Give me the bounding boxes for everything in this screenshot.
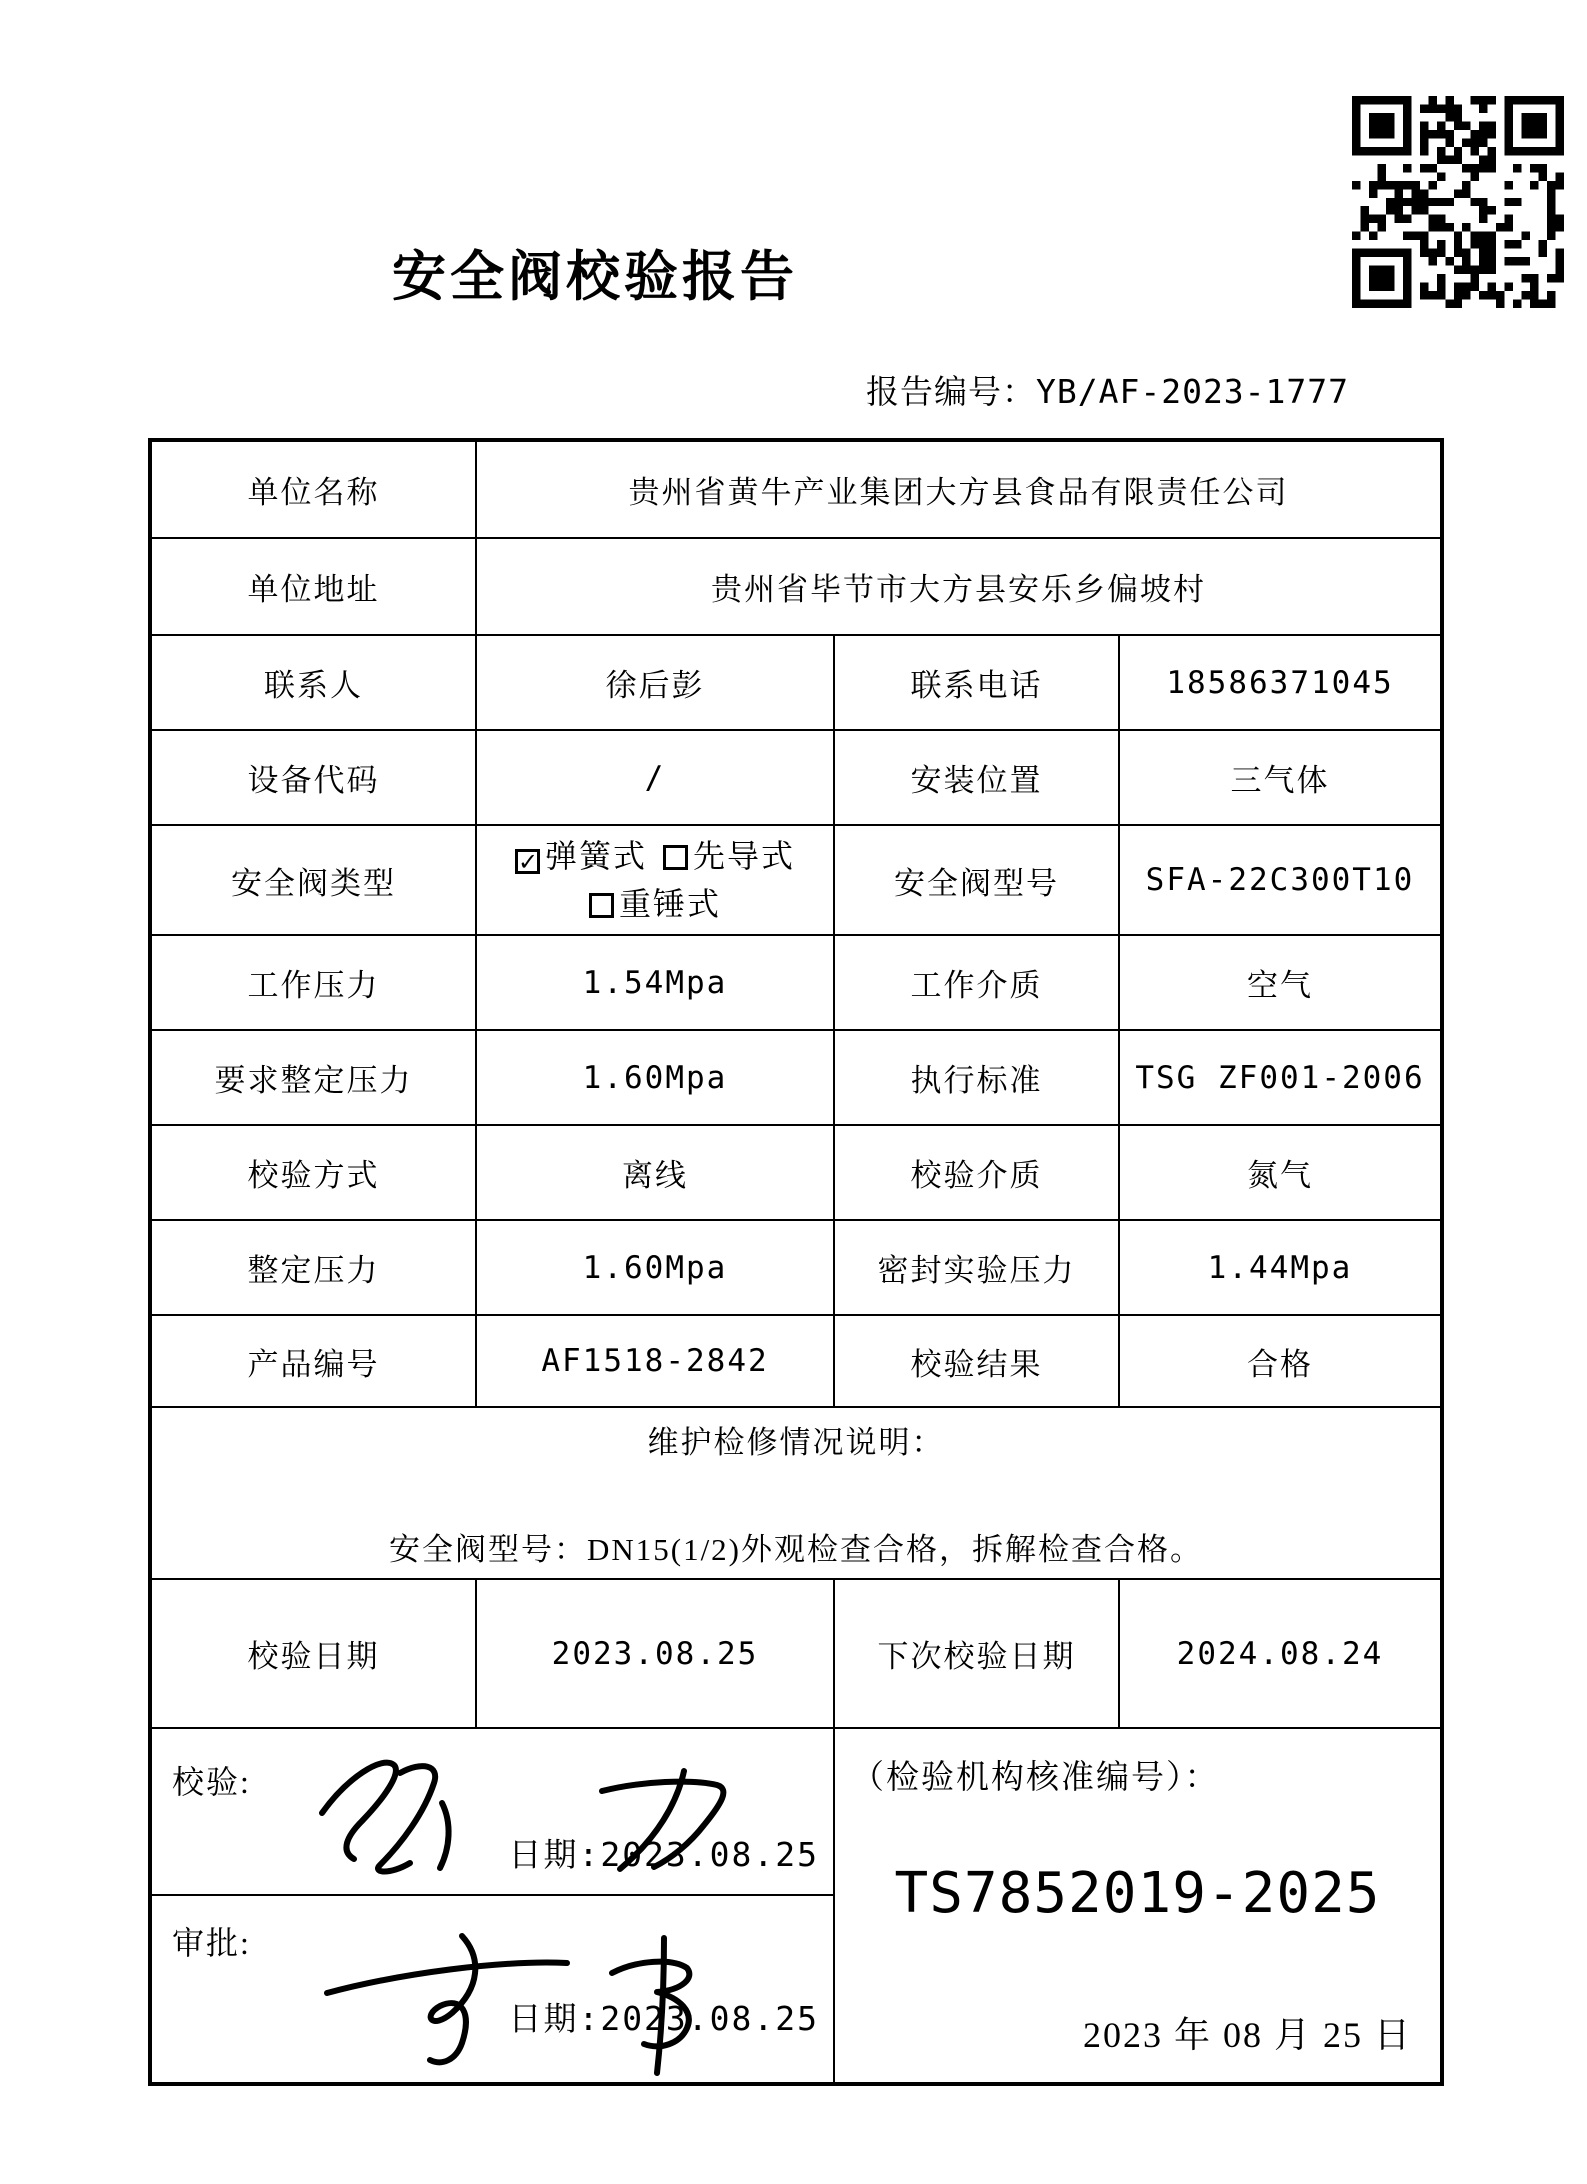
valve-model-label: 安全阀型号 bbox=[834, 825, 1119, 935]
seal-test-pressure-label: 密封实验压力 bbox=[834, 1220, 1119, 1315]
result-value: 合格 bbox=[1119, 1315, 1442, 1407]
device-code-value: / bbox=[476, 730, 834, 825]
approver-date: 日期:2023.08.25 bbox=[508, 1993, 819, 2040]
table-row: 整定压力 1.60Mpa 密封实验压力 1.44Mpa bbox=[150, 1220, 1442, 1315]
report-number-value: YB/AF-2023-1777 bbox=[1036, 372, 1349, 411]
product-number-value: AF1518-2842 bbox=[476, 1315, 834, 1407]
contact-label: 联系人 bbox=[150, 635, 476, 730]
issue-date: 2023 年 08 月 25 日 bbox=[1083, 2007, 1412, 2058]
valve-type-option-spring: ✓弹簧式 bbox=[515, 838, 647, 874]
install-position-value: 三气体 bbox=[1119, 730, 1442, 825]
calibration-date-value: 2023.08.25 bbox=[476, 1579, 834, 1728]
contact-value: 徐后彭 bbox=[476, 635, 834, 730]
set-pressure-value: 1.60Mpa bbox=[476, 1220, 834, 1315]
standard-label: 执行标准 bbox=[834, 1030, 1119, 1125]
work-pressure-label: 工作压力 bbox=[150, 935, 476, 1030]
unit-address-label: 单位地址 bbox=[150, 538, 476, 635]
unit-name-label: 单位名称 bbox=[150, 440, 476, 538]
required-set-pressure-label: 要求整定压力 bbox=[150, 1030, 476, 1125]
product-number-label: 产品编号 bbox=[150, 1315, 476, 1407]
qr-code bbox=[1352, 96, 1564, 308]
calibration-medium-value: 氮气 bbox=[1119, 1125, 1442, 1220]
table-row: 维护检修情况说明： 安全阀型号：DN15(1/2)外观检查合格，拆解检查合格。 bbox=[150, 1407, 1442, 1579]
next-calibration-date-value: 2024.08.24 bbox=[1119, 1579, 1442, 1728]
phone-value: 18586371045 bbox=[1119, 635, 1442, 730]
valve-type-option-weight: 重锤式 bbox=[589, 886, 721, 922]
standard-value: TSG ZF001-2006 bbox=[1119, 1030, 1442, 1125]
table-row: 校验: 日期:2023.08.25 （检验机构核准编号）： TS7852019-… bbox=[150, 1728, 1442, 1895]
valve-model-value: SFA-22C300T10 bbox=[1119, 825, 1442, 935]
unit-address-value: 贵州省毕节市大方县安乐乡偏坡村 bbox=[476, 538, 1442, 635]
device-code-label: 设备代码 bbox=[150, 730, 476, 825]
calibration-medium-label: 校验介质 bbox=[834, 1125, 1119, 1220]
report-number-label: 报告编号： bbox=[866, 375, 1036, 411]
maintenance-title: 维护检修情况说明： bbox=[152, 1417, 1440, 1462]
verifier-date: 日期:2023.08.25 bbox=[508, 1829, 819, 1876]
valve-type-option-pilot: 先导式 bbox=[663, 838, 795, 874]
unchecked-checkbox-icon bbox=[589, 893, 614, 918]
work-medium-label: 工作介质 bbox=[834, 935, 1119, 1030]
required-set-pressure-value: 1.60Mpa bbox=[476, 1030, 834, 1125]
unchecked-checkbox-icon bbox=[663, 845, 688, 870]
table-row: 校验日期 2023.08.25 下次校验日期 2024.08.24 bbox=[150, 1579, 1442, 1728]
table-row: 安全阀类型 ✓弹簧式先导式 重锤式 安全阀型号 SFA-22C300T10 bbox=[150, 825, 1442, 935]
maintenance-cell: 维护检修情况说明： 安全阀型号：DN15(1/2)外观检查合格，拆解检查合格。 bbox=[150, 1407, 1442, 1579]
report-number: 报告编号：YB/AF-2023-1777 bbox=[866, 366, 1349, 413]
table-row: 设备代码 / 安装位置 三气体 bbox=[150, 730, 1442, 825]
valve-type-value: ✓弹簧式先导式 重锤式 bbox=[476, 825, 834, 935]
page-title: 安全阀校验报告 bbox=[0, 250, 1190, 304]
seal-test-pressure-value: 1.44Mpa bbox=[1119, 1220, 1442, 1315]
install-position-label: 安装位置 bbox=[834, 730, 1119, 825]
result-label: 校验结果 bbox=[834, 1315, 1119, 1407]
verifier-label: 校验: bbox=[172, 1757, 251, 1803]
org-approval-cell: （检验机构核准编号）： TS7852019-2025 2023 年 08 月 2… bbox=[834, 1728, 1442, 2084]
table-row: 单位名称 贵州省黄牛产业集团大方县食品有限责任公司 bbox=[150, 440, 1442, 538]
work-pressure-value: 1.54Mpa bbox=[476, 935, 834, 1030]
table-row: 要求整定压力 1.60Mpa 执行标准 TSG ZF001-2006 bbox=[150, 1030, 1442, 1125]
org-approval-label: （检验机构核准编号）： bbox=[851, 1751, 1220, 1798]
table-row: 产品编号 AF1518-2842 校验结果 合格 bbox=[150, 1315, 1442, 1407]
valve-type-label: 安全阀类型 bbox=[150, 825, 476, 935]
table-row: 工作压力 1.54Mpa 工作介质 空气 bbox=[150, 935, 1442, 1030]
maintenance-note: 安全阀型号：DN15(1/2)外观检查合格，拆解检查合格。 bbox=[152, 1524, 1440, 1569]
work-medium-value: 空气 bbox=[1119, 935, 1442, 1030]
approver-label: 审批: bbox=[172, 1918, 251, 1964]
org-approval-number: TS7852019-2025 bbox=[835, 1861, 1440, 1926]
phone-label: 联系电话 bbox=[834, 635, 1119, 730]
approver-cell: 审批: 日期:2023.08.25 bbox=[150, 1895, 834, 2084]
verifier-cell: 校验: 日期:2023.08.25 bbox=[150, 1728, 834, 1895]
calibration-date-label: 校验日期 bbox=[150, 1579, 476, 1728]
report-page: 安全阀校验报告 报告编号：YB/AF-2023-1777 单位名称 贵州省黄牛产… bbox=[0, 0, 1587, 2184]
calibration-method-value: 离线 bbox=[476, 1125, 834, 1220]
checked-checkbox-icon: ✓ bbox=[515, 849, 540, 874]
table-row: 联系人 徐后彭 联系电话 18586371045 bbox=[150, 635, 1442, 730]
unit-name-value: 贵州省黄牛产业集团大方县食品有限责任公司 bbox=[476, 440, 1442, 538]
table-row: 单位地址 贵州省毕节市大方县安乐乡偏坡村 bbox=[150, 538, 1442, 635]
calibration-method-label: 校验方式 bbox=[150, 1125, 476, 1220]
report-table: 单位名称 贵州省黄牛产业集团大方县食品有限责任公司 单位地址 贵州省毕节市大方县… bbox=[148, 438, 1444, 2086]
set-pressure-label: 整定压力 bbox=[150, 1220, 476, 1315]
table-row: 校验方式 离线 校验介质 氮气 bbox=[150, 1125, 1442, 1220]
next-calibration-date-label: 下次校验日期 bbox=[834, 1579, 1119, 1728]
